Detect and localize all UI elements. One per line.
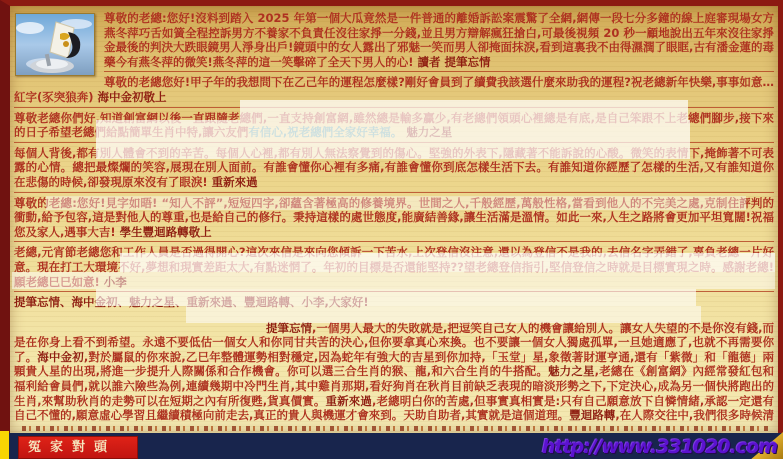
- reply-greeting-text: 提筆忘情、海中金初、魅力之星、重新來過、豐迴路轉、小李,大家好!: [14, 295, 369, 309]
- letter-haizhong-jinchu: 尊敬的老總您好!甲子年的我想問下在乙己年的運程怎麼樣?剛好會員到了續費我該選什麼…: [14, 75, 774, 104]
- yellow-corner-tab: [0, 431, 9, 459]
- masthead-photo: [15, 13, 95, 76]
- letter-meili-zhixing: 尊敬老總你們好,知道創富網以後一直跟隨老總們,一直支持創富網,雖然總是輸多贏少,…: [14, 111, 774, 140]
- letter-paper: 尊敬的老總:您好!沒料到踏入 2025 年第一個大瓜竟然是一件普通的離婚訴訟案震…: [0, 0, 783, 433]
- letter-divider: [14, 107, 774, 108]
- letter-divider: [14, 192, 774, 193]
- letter-divider: [104, 71, 774, 72]
- reply-greeting: 提筆忘情、海中金初、魅力之星、重新來過、豐迴路轉、小李,大家好!: [14, 295, 774, 310]
- footer-bar: 冤家對頭 http://www.331020.com: [0, 433, 783, 459]
- reply-body-text: 重新來過: [325, 394, 372, 408]
- reply-body-text: 提筆忘情: [266, 321, 312, 335]
- stamp-label: 冤家對頭: [18, 436, 138, 459]
- document-content: 尊敬的老總:您好!沒料到踏入 2025 年第一個大瓜竟然是一件普通的離婚訴訟案震…: [14, 11, 774, 423]
- reply-body: 提筆忘情,一個男人最大的失敗就是,把逗笑自己女人的機會讓給別人。讓女人失望的不是…: [14, 321, 774, 423]
- letter-divider: [14, 142, 774, 143]
- letter-chongxin-laiguo: 每個人背後,都有別人體會不到的辛苦。每個人心裡,都有別人無法察覺到的傷心。堅強的…: [14, 146, 774, 190]
- reply-body-text: 豐迴路轉: [569, 408, 615, 422]
- letter-reader-tibi-wangqing: 尊敬的老總:您好!沒料到踏入 2025 年第一個大瓜竟然是一件普通的離婚訴訟案震…: [14, 11, 774, 69]
- masthead-collage-icon: [16, 14, 94, 75]
- letter-fenghui-luzhuan: 尊敬的老總:您好!見字如晤! “知人不評”,短短四字,卻蘊含著極高的修養境界。世…: [14, 196, 774, 240]
- letter-reader-tibi-wangqing-text: 讀者 提筆忘情: [418, 55, 491, 69]
- letter-xiaoli-text: 小李: [104, 275, 127, 289]
- letter-meili-zhixing-text: 魅力之星: [406, 125, 452, 139]
- paragraph-gap: [14, 310, 774, 321]
- letter-chongxin-laiguo-text: 重新來過: [212, 175, 258, 189]
- letter-fenghui-luzhuan-text: 學生豐迴路轉敬上: [120, 225, 212, 239]
- letter-xiaoli-text: 老總,元宵節老總您和工作人員是否過得開心?這次來信是來向您傾訴一下苦水,上次登信…: [14, 245, 774, 288]
- letter-meili-zhixing-text: 有信心,祝老總們全家好幸福。: [248, 125, 406, 139]
- reply-body-text: 海中金初: [37, 350, 84, 364]
- letter-chongxin-laiguo-text: 每個人背後,都有別人體會不到的辛苦。每個人心裡,都有別人無法察覺到的傷心。堅強的…: [14, 146, 774, 189]
- letter-divider: [14, 291, 774, 292]
- letter-haizhong-jinchu-text: 海中金初敬上: [98, 90, 167, 104]
- letter-divider: [14, 241, 774, 242]
- reply-body-text: 魅力之星: [548, 364, 595, 378]
- letter-xiaoli: 老總,元宵節老總您和工作人員是否過得開心?這次來信是來向您傾訴一下苦水,上次登信…: [14, 245, 774, 289]
- fine-print-strip: [22, 426, 770, 431]
- site-url-link[interactable]: http://www.331020.com: [542, 436, 777, 458]
- page: 尊敬的老總:您好!沒料到踏入 2025 年第一個大瓜竟然是一件普通的離婚訴訟案震…: [0, 0, 783, 459]
